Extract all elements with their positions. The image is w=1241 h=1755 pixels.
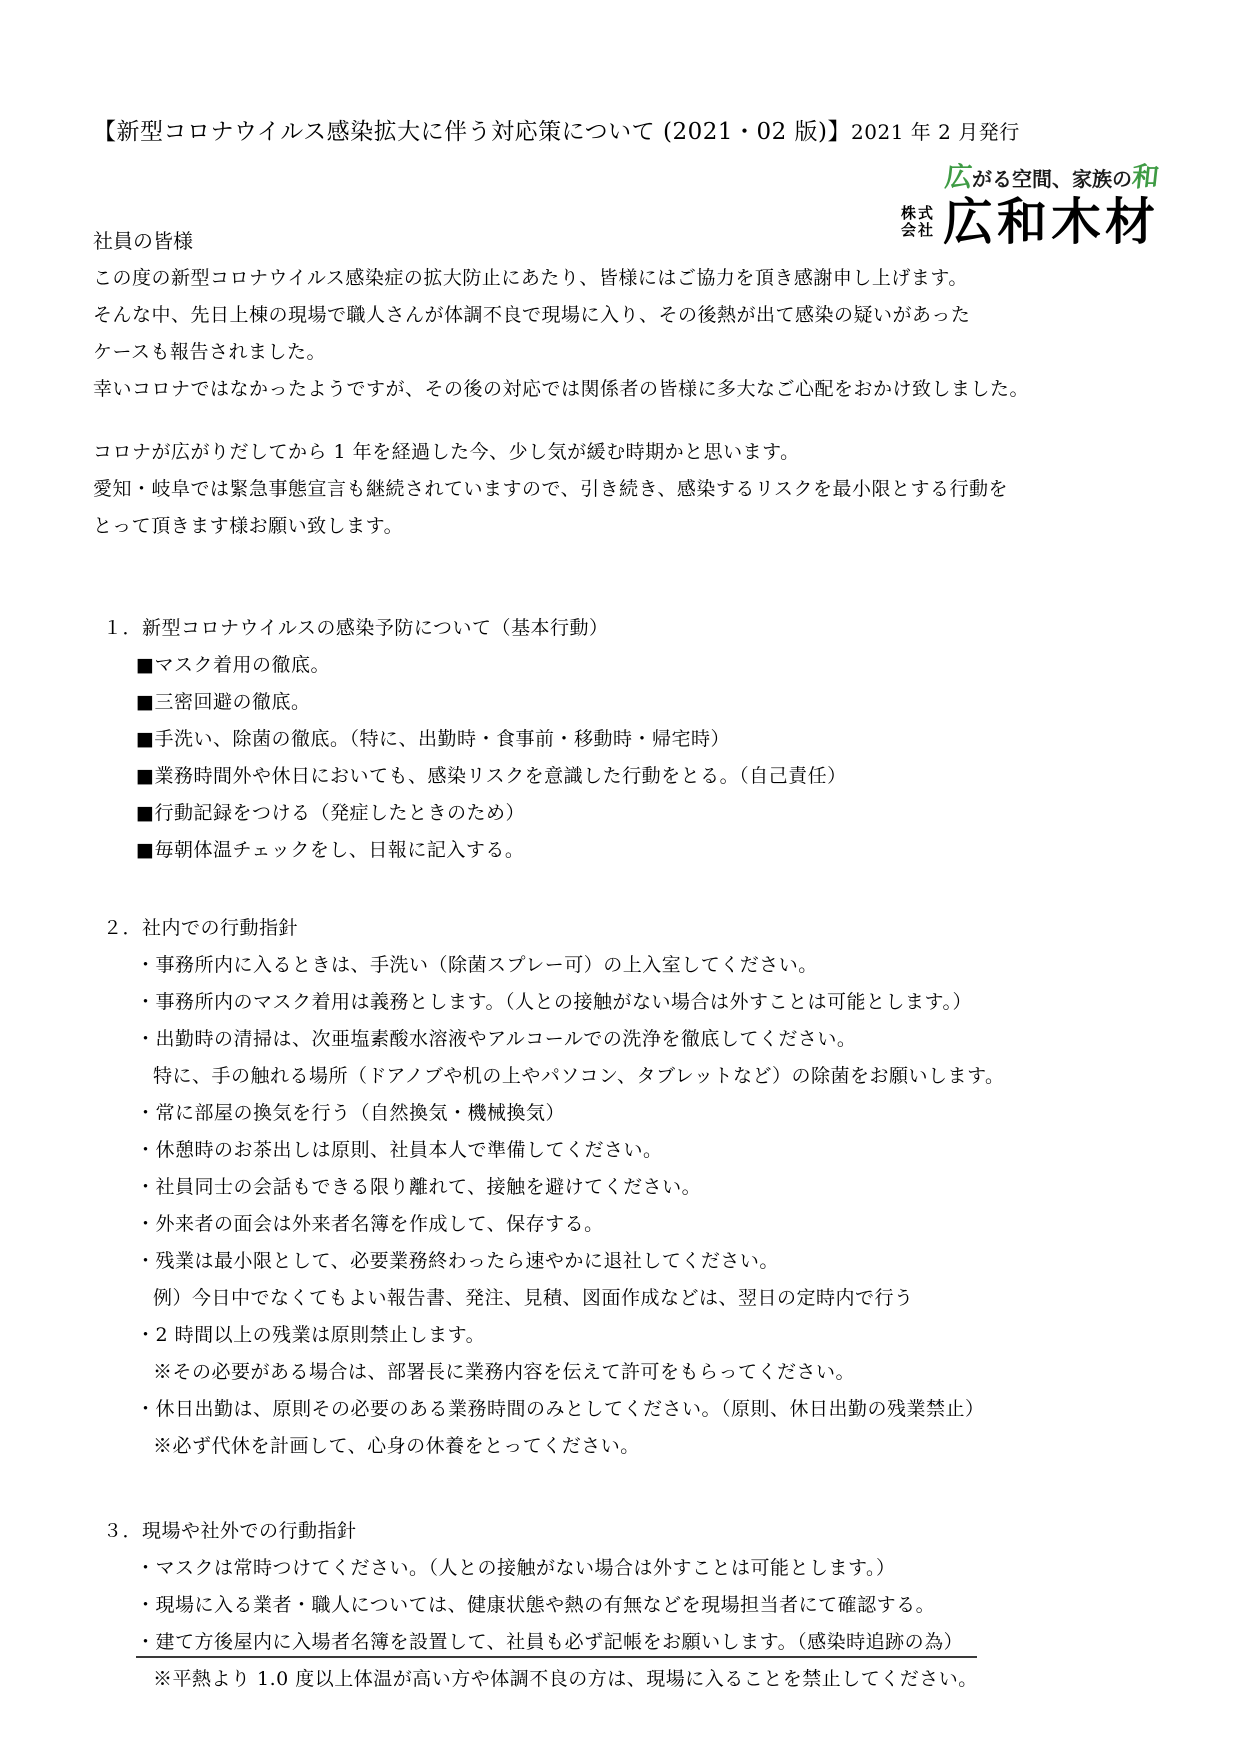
intro-line: 幸いコロナではなかったようですが、その後の対応では関係者の皆様に多大なご心配をお…: [93, 371, 1201, 408]
list-item: ・休憩時のお茶出しは原則、社員本人で準備してください。: [93, 1132, 1201, 1169]
intro-line: とって頂きます様お願い致します。: [93, 508, 1201, 545]
list-item-underlined: ・建て方後屋内に入場者名簿を設置して、社員も必ず記帳をお願いします。（感染時追跡…: [93, 1624, 1201, 1661]
list-item: ・マスクは常時つけてください。（人との接触がない場合は外すことは可能とします。）: [93, 1550, 1201, 1587]
list-item: ・残業は最小限として、必要業務終わったら速やかに退社してください。: [93, 1243, 1201, 1280]
intro-paragraph-1: この度の新型コロナウイルス感染症の拡大防止にあたり、皆様にはご協力を頂き感謝申し…: [93, 260, 1201, 408]
list-item: ■行動記録をつける（発症したときのため）: [93, 795, 1201, 832]
list-item: ・現場に入る業者・職人については、健康状態や熱の有無などを現場担当者にて確認する…: [93, 1587, 1201, 1624]
list-item: ・外来者の面会は外来者名簿を作成して、保存する。: [93, 1206, 1201, 1243]
list-item: ・事務所内のマスク着用は義務とします。（人との接触がない場合は外すことは可能とし…: [93, 984, 1201, 1021]
intro-line: ケースも報告されました。: [93, 334, 1201, 371]
list-item: ・常に部屋の換気を行う（自然換気・機械換気）: [93, 1095, 1201, 1132]
list-item: ・事務所内に入るときは、手洗い（除菌スプレー可）の上入室してください。: [93, 947, 1201, 984]
greeting: 社員の皆様: [93, 223, 1201, 260]
section-site-guidelines: ３．現場や社外での行動指針 ・マスクは常時つけてください。（人との接触がない場合…: [93, 1513, 1201, 1698]
list-item-continuation: 特に、手の触れる場所（ドアノブや机の上やパソコン、タブレットなど）の除菌をお願い…: [93, 1058, 1201, 1095]
list-item-note: ※その必要がある場合は、部署長に業務内容を伝えて許可をもらってください。: [93, 1354, 1201, 1391]
list-item: ■業務時間外や休日においても、感染リスクを意識した行動をとる。（自己責任）: [93, 758, 1201, 795]
intro-line: そんな中、先日上棟の現場で職人さんが体調不良で現場に入り、その後熱が出て感染の疑…: [93, 297, 1201, 334]
intro-line: この度の新型コロナウイルス感染症の拡大防止にあたり、皆様にはご協力を頂き感謝申し…: [93, 260, 1201, 297]
list-item: ・出勤時の清掃は、次亜塩素酸水溶液やアルコールでの洗浄を徹底してください。: [93, 1021, 1201, 1058]
list-item: ■マスク着用の徹底。: [93, 647, 1201, 684]
intro-line: 愛知・岐阜では緊急事態宣言も継続されていますので、引き続き、感染するリスクを最小…: [93, 471, 1201, 508]
list-item: ・休日出勤は、原則その必要のある業務時間のみとしてください。（原則、休日出勤の残…: [93, 1391, 1201, 1428]
section-basic-actions: １．新型コロナウイルスの感染予防について（基本行動） ■マスク着用の徹底。 ■三…: [93, 610, 1201, 869]
issue-date: 2021 年 2 月発行: [851, 120, 1020, 144]
document-body: 【新型コロナウイルス感染拡大に伴う対応策について (2021・02 版)】202…: [93, 0, 1201, 1698]
intro-line: コロナが広がりだしてから 1 年を経過した今、少し気が緩む時期かと思います。: [93, 434, 1201, 471]
underlined-text: ・建て方後屋内に入場者名簿を設置して、社員も必ず記帳をお願いします。（感染時追跡…: [136, 1631, 977, 1658]
list-item: ・社員同士の会話もできる限り離れて、接触を避けてください。: [93, 1169, 1201, 1206]
list-item: ■三密回避の徹底。: [93, 684, 1201, 721]
section-heading: ２．社内での行動指針: [93, 910, 1201, 947]
document-page: 広がる空間、家族の和 株式 会社 広和木材 【新型コロナウイルス感染拡大に伴う対…: [0, 0, 1241, 1755]
list-item-note: ※必ず代休を計画して、心身の休養をとってください。: [93, 1428, 1201, 1465]
section-office-guidelines: ２．社内での行動指針 ・事務所内に入るときは、手洗い（除菌スプレー可）の上入室し…: [93, 910, 1201, 1465]
list-item: ■手洗い、除菌の徹底。（特に、出勤時・食事前・移動時・帰宅時）: [93, 721, 1201, 758]
document-title-line: 【新型コロナウイルス感染拡大に伴う対応策について (2021・02 版)】202…: [93, 114, 1201, 152]
list-item-example: 例）今日中でなくてもよい報告書、発注、見積、図面作成などは、翌日の定時内で行う: [93, 1280, 1201, 1317]
section-heading: １．新型コロナウイルスの感染予防について（基本行動）: [93, 610, 1201, 647]
intro-paragraph-2: コロナが広がりだしてから 1 年を経過した今、少し気が緩む時期かと思います。 愛…: [93, 434, 1201, 545]
list-item: ・2 時間以上の残業は原則禁止します。: [93, 1317, 1201, 1354]
document-title: 【新型コロナウイルス感染拡大に伴う対応策について (2021・02 版)】: [93, 119, 851, 145]
list-item: ■毎朝体温チェックをし、日報に記入する。: [93, 832, 1201, 869]
list-item-note: ※平熱より 1.0 度以上体温が高い方や体調不良の方は、現場に入ることを禁止して…: [93, 1661, 1201, 1698]
section-heading: ３．現場や社外での行動指針: [93, 1513, 1201, 1550]
